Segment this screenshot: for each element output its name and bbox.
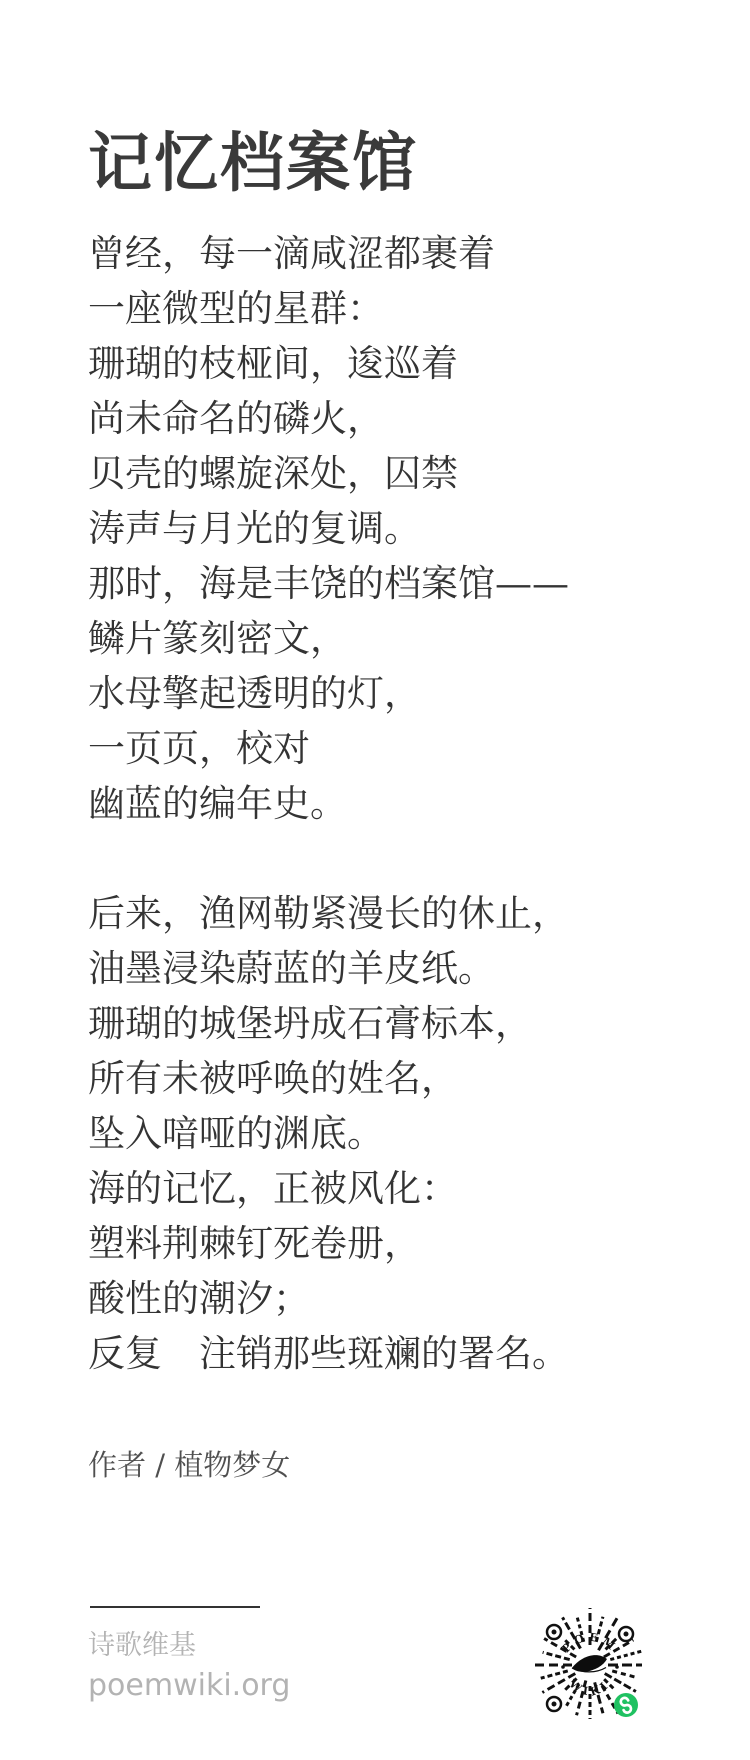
poem-body: 曾经，每一滴咸涩都裹着 一座微型的星群： 珊瑚的枝桠间，逡巡着 尚未命名的磷火，… [88,226,569,1381]
poem-line: 幽蓝的编年史。 [88,776,569,831]
site-name: 诗歌维基 [88,1630,196,1662]
poem-stanza-2: 后来，渔网勒紧漫长的休止， 油墨浸染蔚蓝的羊皮纸。 珊瑚的城堡坍成石膏标本， 所… [88,886,569,1381]
poem-line: 珊瑚的城堡坍成石膏标本， [88,996,569,1051]
poem-line: 后来，渔网勒紧漫长的休止， [88,886,569,941]
author-line: 作者 / 植物梦女 [88,1448,290,1482]
poem-line: 海的记忆，正被风化： [88,1161,569,1216]
poemwiki-qr-code: POEM WIKI [526,1601,654,1729]
poem-line: 反复 注销那些斑斓的署名。 [88,1326,569,1381]
poem-line: 油墨浸染蔚蓝的羊皮纸。 [88,941,569,996]
poem-line: 鳞片篆刻密文， [88,611,569,666]
footer-divider [90,1606,260,1608]
poem-line: 一座微型的星群： [88,281,569,336]
poem-line: 尚未命名的磷火， [88,391,569,446]
quill-icon [572,1655,607,1672]
qr-brand-text-top: POEM [560,1630,621,1655]
qr-seal-dot-left [561,1665,565,1669]
poem-line: 坠入喑哑的渊底。 [88,1106,569,1161]
site-url: poemwiki.org [88,1668,290,1704]
poem-line: 水母擎起透明的灯， [88,666,569,721]
poem-line: 珊瑚的枝桠间，逡巡着 [88,336,569,391]
poem-line: 塑料荆棘钉死卷册， [88,1216,569,1271]
poem-line: 贝壳的螺旋深处，囚禁 [88,446,569,501]
page-title: 记忆档案馆 [88,127,418,201]
mini-program-badge [614,1693,638,1717]
poem-line: 曾经，每一滴咸涩都裹着 [88,226,569,281]
qr-seal-dot-right [615,1665,619,1669]
poem-line: 酸性的潮汐； [88,1271,569,1326]
poem-stanza-1: 曾经，每一滴咸涩都裹着 一座微型的星群： 珊瑚的枝桠间，逡巡着 尚未命名的磷火，… [88,226,569,831]
poem-line: 所有未被呼唤的姓名， [88,1051,569,1106]
poem-line: 一页页，校对 [88,721,569,776]
poem-line: 涛声与月光的复调。 [88,501,569,556]
poem-line: 那时，海是丰饶的档案馆—— [88,556,569,611]
poem-share-card: 记忆档案馆 曾经，每一滴咸涩都裹着 一座微型的星群： 珊瑚的枝桠间，逡巡着 尚未… [0,0,750,1760]
